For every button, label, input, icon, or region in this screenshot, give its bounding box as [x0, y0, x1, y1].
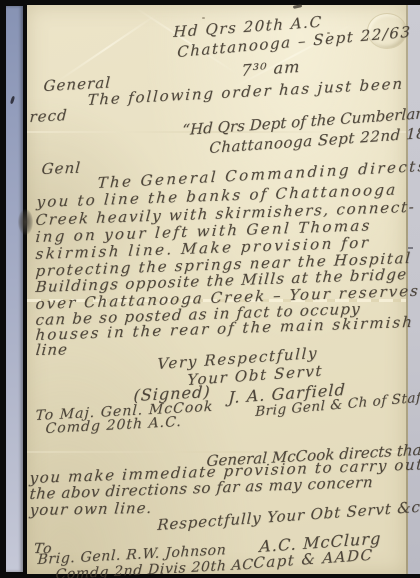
letter-line-20: line: [35, 340, 69, 359]
letter-paper: Hd Qrs 20th A.CChattanooga – Sept 22/637…: [27, 5, 408, 574]
letter-line-6: recd: [29, 106, 68, 126]
letter-line-3: 7³⁰ am: [241, 57, 301, 80]
letter-line-5: The following order has just been: [87, 75, 404, 109]
scanned-letter-view: Hd Qrs 20th A.CChattanooga – Sept 22/637…: [0, 0, 420, 578]
letter-line-9: Genl: [41, 159, 82, 178]
letter-line-31: your own line.: [29, 499, 153, 519]
handwritten-text: Hd Qrs 20th A.CChattanooga – Sept 22/637…: [27, 5, 406, 574]
adjacent-page-edge: [6, 6, 23, 572]
